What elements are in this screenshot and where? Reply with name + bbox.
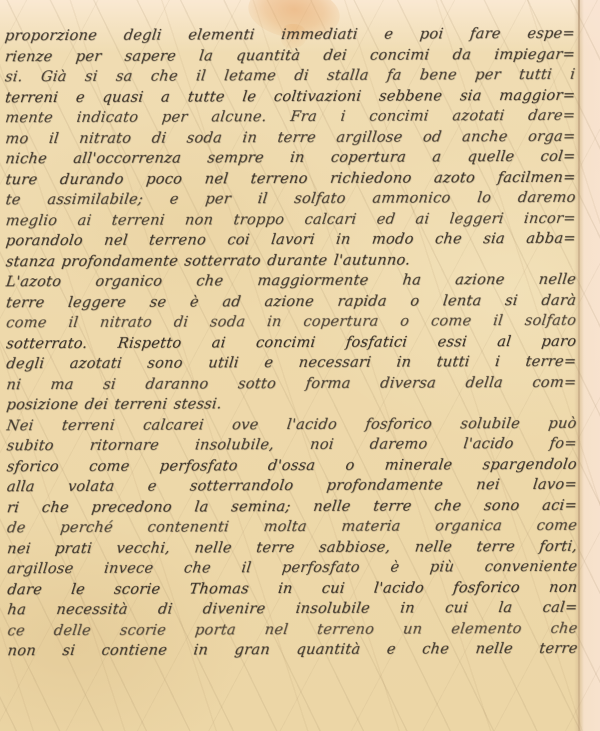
manuscript-line: posizione dei terreni stessi. xyxy=(5,393,577,416)
manuscript-line: porandolo nel terreno coi lavori in modo… xyxy=(5,229,577,252)
manuscript-line: L'azoto organico che maggiormente ha azi… xyxy=(5,270,577,293)
manuscript-line: non si contiene in gran quantità e che n… xyxy=(6,639,578,662)
manuscript-line: proporzione degli elementi immediati e p… xyxy=(4,24,576,47)
manuscript-page: proporzione degli elementi immediati e p… xyxy=(0,0,600,731)
manuscript-line: rienze per sapere la quantità dei concim… xyxy=(4,44,576,67)
manuscript-line: come il nitrato di soda in copertura o c… xyxy=(5,311,577,334)
manuscript-line: ni ma si daranno sotto forma diversa del… xyxy=(5,372,577,395)
manuscript-line: sforico come perfosfato d'ossa o mineral… xyxy=(6,454,578,477)
manuscript-line: si. Già si sa che il letame di stalla fa… xyxy=(4,65,576,88)
manuscript-line: argillose invece che il perfosfato è più… xyxy=(6,557,578,580)
handwritten-text-block: proporzione degli elementi immediati e p… xyxy=(4,24,577,662)
manuscript-line: ha necessità di divenire insolubile in c… xyxy=(6,598,578,621)
manuscript-line: ce delle scorie porta nel terreno un ele… xyxy=(6,618,578,641)
manuscript-line: terreni e quasi a tutte le coltivazioni … xyxy=(4,85,576,108)
manuscript-line: de perché contenenti molta materia organ… xyxy=(6,516,578,539)
manuscript-line: alla volata e sotterrandolo profondament… xyxy=(6,475,578,498)
manuscript-line: degli azotati sono utili e necessari in … xyxy=(5,352,577,375)
manuscript-line: te assimilabile; e per il solfato ammoni… xyxy=(4,188,576,211)
manuscript-line: terre leggere se è ad azione rapida o le… xyxy=(5,290,577,313)
manuscript-line: Nei terreni calcarei ove l'acido fosfori… xyxy=(5,413,577,436)
manuscript-line: meglio ai terreni non troppo calcari ed … xyxy=(5,208,577,231)
manuscript-line: dare le scorie Thomas in cui l'acido fos… xyxy=(6,577,578,600)
manuscript-line: stanza profondamente sotterrato durante … xyxy=(5,249,577,272)
manuscript-line: ri che precedono la semina; nelle terre … xyxy=(6,495,578,518)
manuscript-line: niche all'occorrenza sempre in copertura… xyxy=(4,147,576,170)
manuscript-line: sotterrato. Rispetto ai concimi fosfatic… xyxy=(5,331,577,354)
manuscript-line: ture durando poco nel terreno richiedono… xyxy=(4,167,576,190)
manuscript-line: subito ritornare insolubile, noi daremo … xyxy=(5,434,577,457)
manuscript-line: mo il nitrato di soda in terre argillose… xyxy=(4,126,576,149)
manuscript-line: nei prati vecchi, nelle terre sabbiose, … xyxy=(6,536,578,559)
manuscript-line: mente indicato per alcune. Fra i concimi… xyxy=(4,106,576,129)
